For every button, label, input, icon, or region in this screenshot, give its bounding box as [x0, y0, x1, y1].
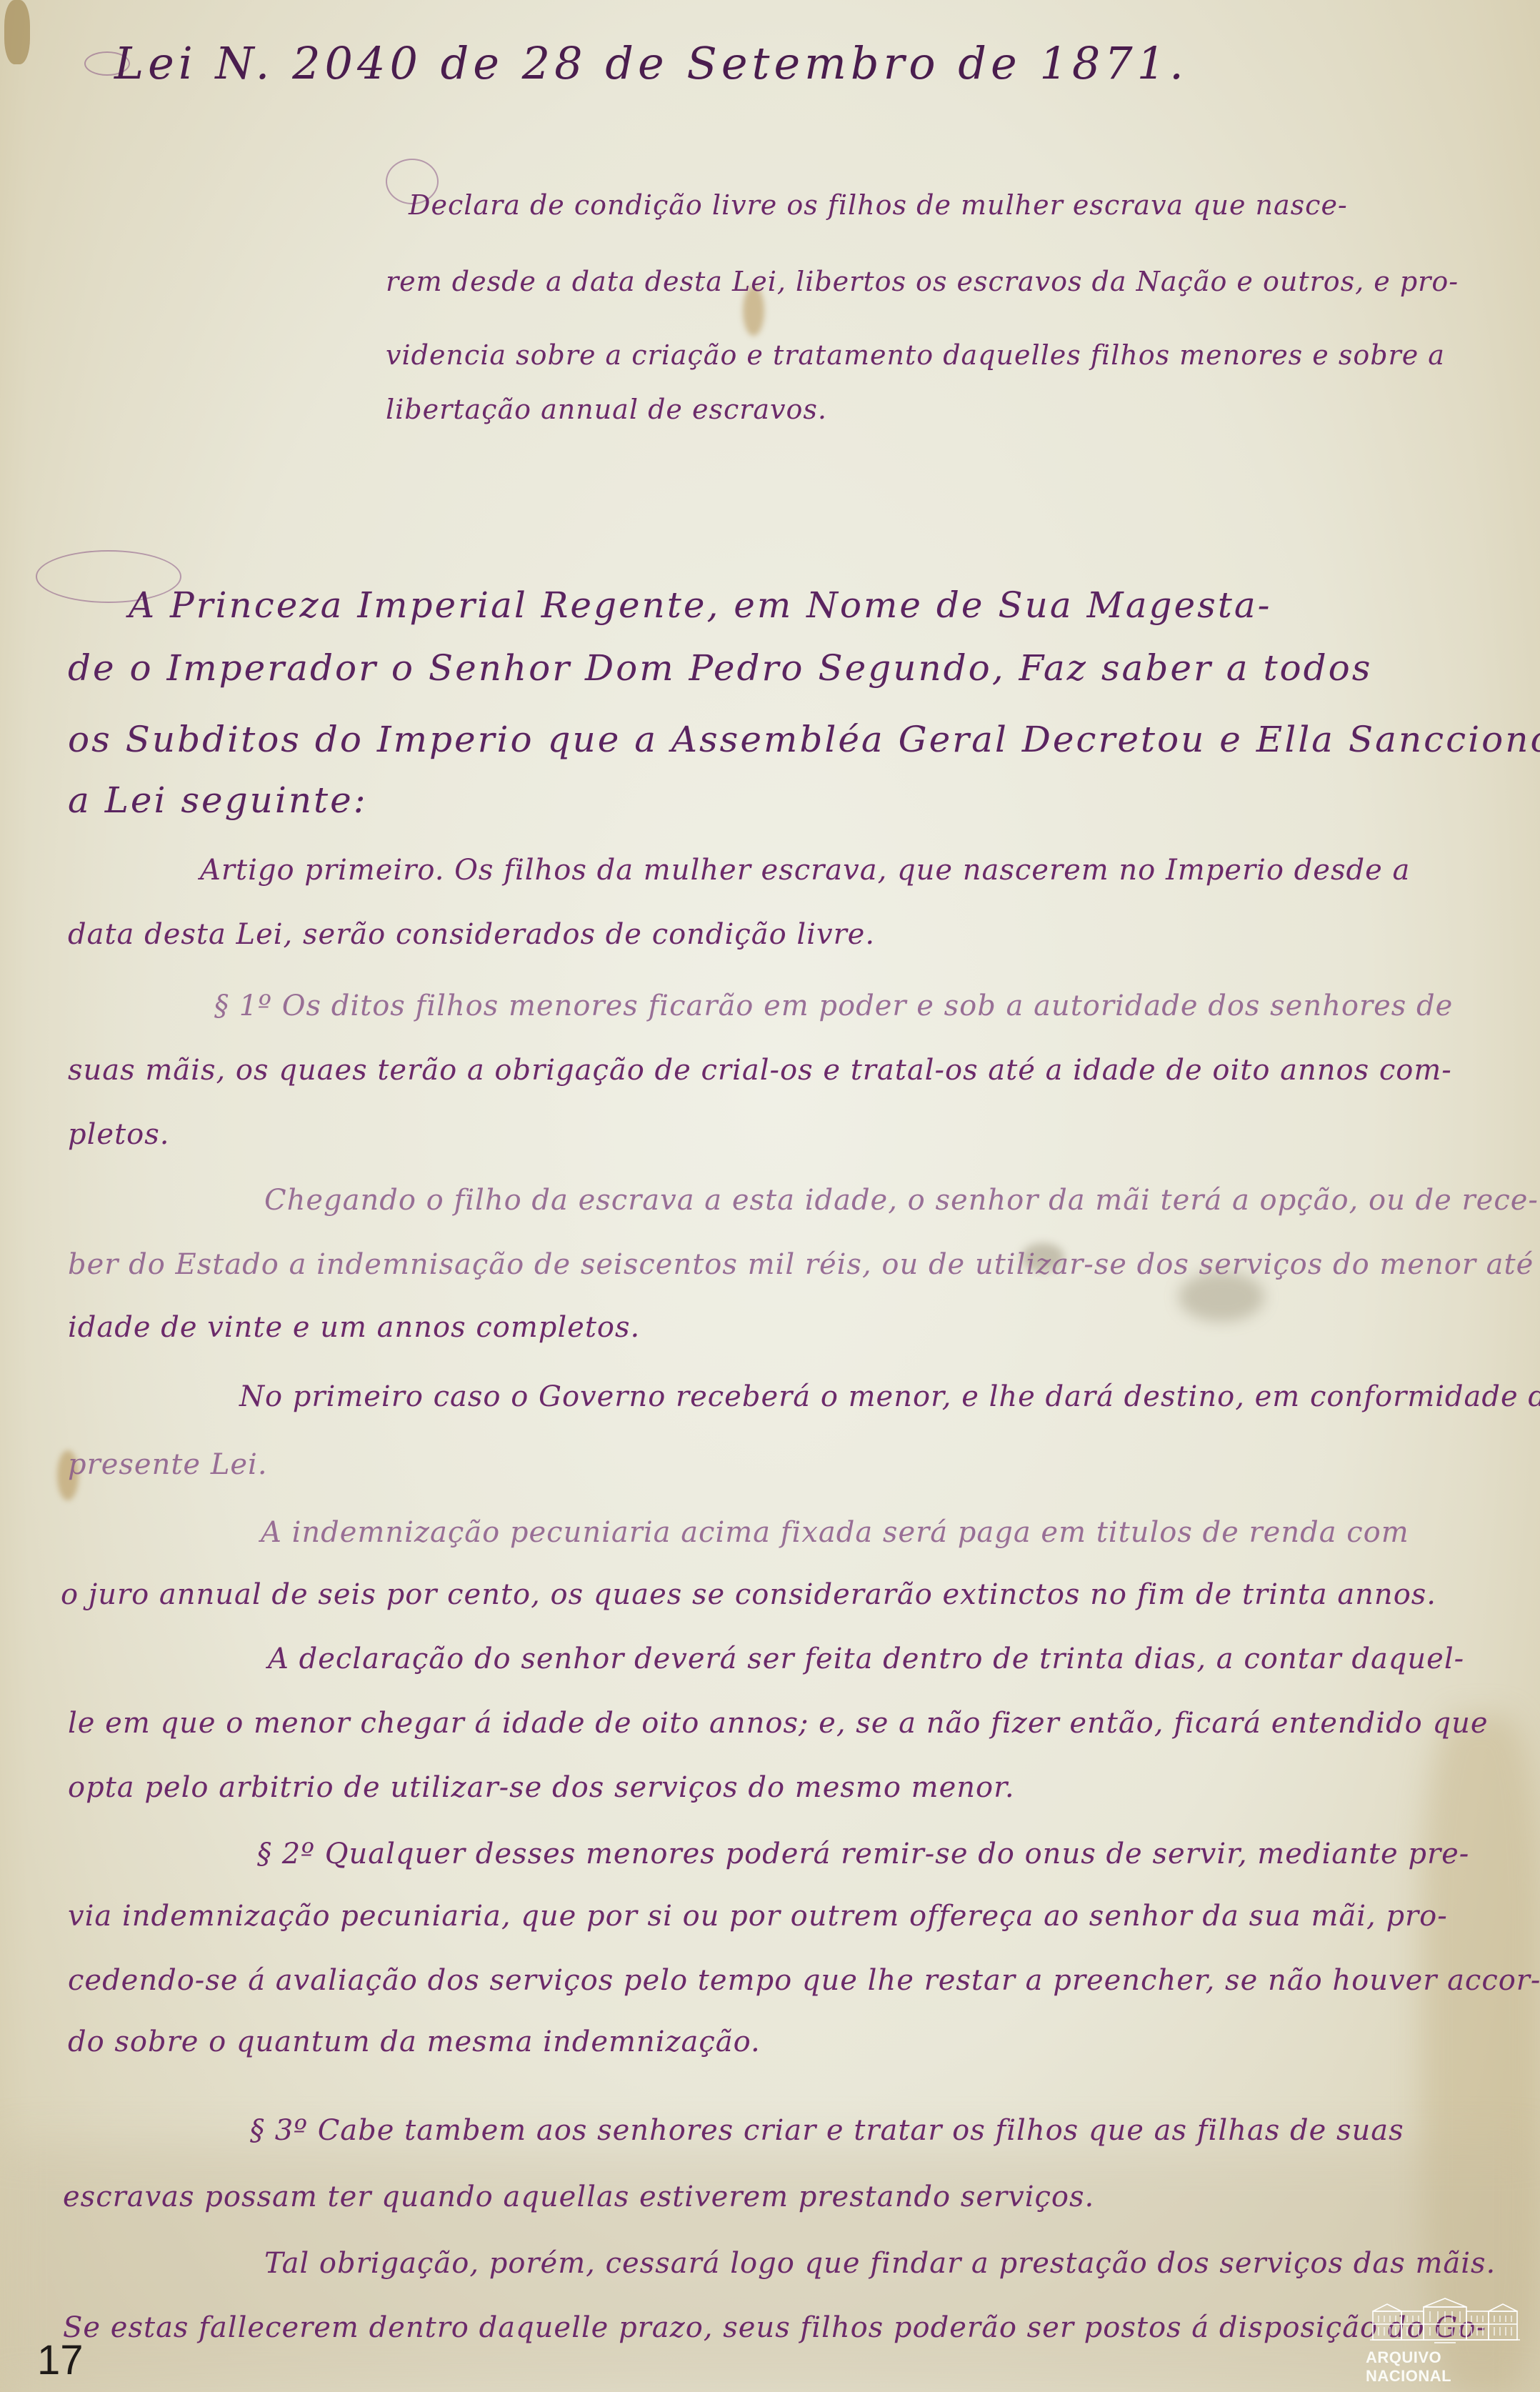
- page-number: 17: [37, 2336, 84, 2384]
- paragraph-1-line: § 1º Os ditos filhos menores ficarão em …: [214, 992, 1453, 1020]
- body-line: presente Lei.: [68, 1450, 268, 1479]
- preamble-line: A Princeza Imperial Regente, em Nome de …: [129, 587, 1272, 623]
- body-line: No primeiro caso o Governo receberá o me…: [239, 1382, 1540, 1411]
- body-line: o juro annual de seis por cento, os quae…: [61, 1580, 1436, 1609]
- body-line: A indemnização pecuniaria acima fixada s…: [261, 1518, 1409, 1547]
- preamble-line: os Subditos do Imperio que a Assembléa G…: [68, 722, 1540, 757]
- body-line: A declaração do senhor deverá ser feita …: [268, 1645, 1464, 1673]
- body-line: opta pelo arbitrio de utilizar-se dos se…: [68, 1773, 1015, 1802]
- manuscript-page: Lei N. 2040 de 28 de Setembro de 1871. D…: [0, 0, 1540, 2392]
- paragraph-3-line: § 3º Cabe tambem aos senhores criar e tr…: [250, 2116, 1404, 2145]
- body-line: do sobre o quantum da mesma indemnização…: [68, 2028, 761, 2056]
- summary-line: libertação annual de escravos.: [386, 396, 827, 423]
- body-line: escravas possam ter quando aquellas esti…: [63, 2183, 1094, 2211]
- body-line: Chegando o filho da escrava a esta idade…: [264, 1186, 1539, 1215]
- summary-line: Declara de condição livre os filhos de m…: [409, 191, 1348, 219]
- paragraph-2-line: § 2º Qualquer desses menores poderá remi…: [257, 1840, 1469, 1868]
- body-line: suas mãis, os quaes terão a obrigação de…: [68, 1056, 1452, 1085]
- body-line: pletos.: [68, 1120, 169, 1149]
- body-line: le em que o menor chegar á idade de oito…: [68, 1709, 1489, 1738]
- preamble-line: a Lei seguinte:: [68, 782, 368, 818]
- age-stain: [1421, 1715, 1540, 2392]
- building-icon: [1370, 2297, 1520, 2344]
- body-line: Se estas fallecerem dentro daquelle praz…: [63, 2313, 1486, 2342]
- law-title: Lei N. 2040 de 28 de Setembro de 1871.: [114, 41, 1188, 86]
- body-line: idade de vinte e um annos completos.: [68, 1313, 640, 1342]
- body-line: data desta Lei, serão considerados de co…: [68, 920, 875, 949]
- body-line: Tal obrigação, porém, cessará logo que f…: [264, 2249, 1496, 2278]
- body-line: cedendo-se á avaliação dos serviços pelo…: [68, 1966, 1540, 1995]
- preamble-line: de o Imperador o Senhor Dom Pedro Segund…: [68, 650, 1372, 686]
- body-line: via indemnização pecuniaria, que por si …: [68, 1902, 1448, 1930]
- body-line: ber do Estado a indemnisação de seiscent…: [68, 1250, 1540, 1279]
- summary-line: videncia sobre a criação e tratamento da…: [386, 342, 1445, 369]
- summary-line: rem desde a data desta Lei, libertos os …: [386, 268, 1459, 295]
- archive-label: ARQUIVO NACIONAL: [1366, 2348, 1524, 2386]
- archive-watermark: ARQUIVO NACIONAL: [1366, 2297, 1524, 2383]
- age-stain: [4, 0, 30, 64]
- article-1-heading-line: Artigo primeiro. Os filhos da mulher esc…: [200, 856, 1410, 884]
